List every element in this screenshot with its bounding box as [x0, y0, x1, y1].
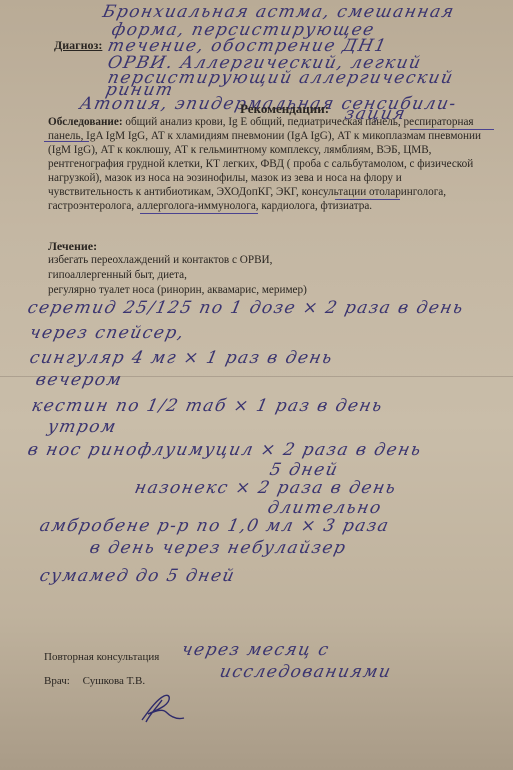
- doctor-line: Врач: Сушкова Т.В.: [44, 675, 145, 687]
- followup-handwritten-line: исследованиями: [218, 662, 394, 682]
- treatment-printed-line: избегать переохлаждений и контактов с ОР…: [48, 253, 272, 268]
- examination-label: Обследование:: [48, 116, 123, 128]
- prescription-line: сумамед до 5 дней: [38, 566, 237, 586]
- examination-line: Обследование: общий анализ крови, Ig E о…: [48, 116, 474, 130]
- diagnosis-label: Диагноз:: [54, 38, 102, 53]
- diagnosis-handwritten-line: Бронхиальная астма, смешанная: [101, 2, 457, 22]
- prescription-line: серетид 25/125 по 1 дозе × 2 раза в день: [26, 298, 466, 318]
- ink-underline: [140, 213, 258, 214]
- prescription-line: 5 дней: [268, 460, 340, 480]
- examination-line: (IgM IgG), АТ к коклюшу, АТ к гельминтно…: [48, 144, 431, 158]
- examination-line: нагрузкой), мазок из носа на эозинофилы,…: [48, 172, 402, 186]
- followup-handwritten-line: через месяц с: [180, 640, 332, 660]
- examination-text: общий анализ крови, Ig E общий, педиатри…: [125, 116, 473, 128]
- ink-underline: [410, 129, 494, 130]
- examination-line: чувствительность к антибиотикам, ЭХОДопК…: [48, 186, 446, 200]
- prescription-line: утром: [46, 417, 119, 437]
- followup-label: Повторная консультация: [44, 651, 159, 663]
- prescription-line: сингуляр 4 мг × 1 раз в день: [28, 348, 335, 368]
- treatment-printed-line: регулярно туалет носа (ринорин, аквамари…: [48, 283, 307, 298]
- examination-line: рентгенография грудной клетки, КТ легких…: [48, 158, 473, 172]
- prescription-line: вечером: [34, 370, 125, 390]
- prescription-line: в нос ринофлуимуцил × 2 раза в день: [26, 440, 424, 460]
- treatment-label: Лечение:: [48, 239, 97, 254]
- prescription-line: назонекс × 2 раза в день: [133, 478, 399, 498]
- prescription-line: в день через небулайзер: [88, 538, 349, 558]
- signature-icon: [138, 690, 188, 726]
- examination-line: панель, IgA IgM IgG, АТ к хламидиям пнев…: [48, 130, 481, 144]
- prescription-line: длительно: [266, 498, 384, 518]
- prescription-line: через спейсер,: [28, 323, 187, 343]
- doctor-name: Сушкова Т.В.: [83, 675, 145, 687]
- prescription-line: кестин по 1/2 таб × 1 раз в день: [30, 396, 385, 416]
- treatment-printed-line: гипоаллергенный быт, диета,: [48, 268, 187, 283]
- recommendations-title: Рекомендации:: [240, 101, 329, 117]
- ink-underline: [335, 199, 400, 200]
- prescription-line: амбробене р-р по 1,0 мл × 3 раза: [38, 516, 392, 536]
- ink-underline: [44, 141, 89, 142]
- doctor-label: Врач:: [44, 675, 70, 687]
- examination-line: гастроэнтеролога, аллерголога-иммунолога…: [48, 200, 372, 214]
